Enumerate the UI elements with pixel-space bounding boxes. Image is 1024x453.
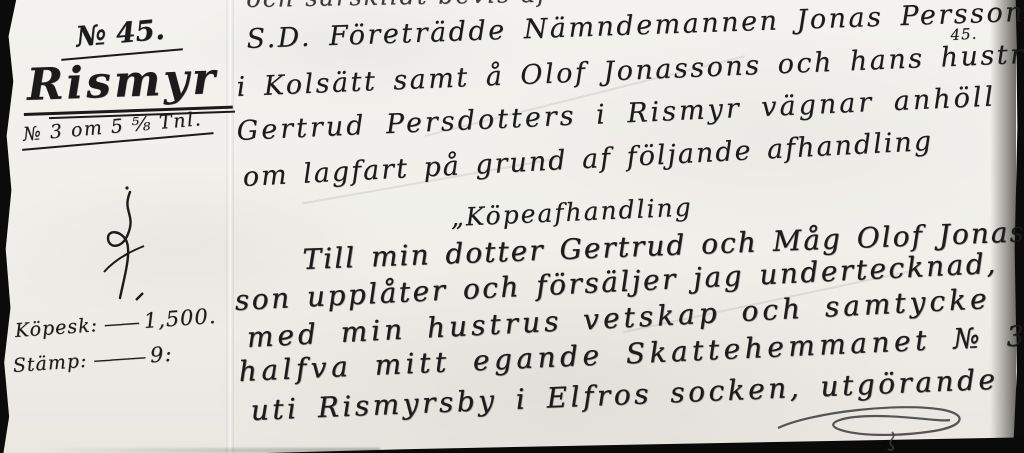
clerk-paraph-mark xyxy=(96,186,154,318)
fee-dash: —— xyxy=(97,311,144,336)
fee-label: Köpesk: xyxy=(14,314,99,342)
margin-place-name: Rismyr xyxy=(22,53,233,116)
fee-value: 1,500. xyxy=(143,304,217,333)
body-line-cropped-top: och särskildt bevis af xyxy=(246,0,548,13)
fee-value: 9: xyxy=(149,342,173,368)
section-heading: „Köpeafhandling xyxy=(450,192,693,232)
margin-fee-stamp: Stämp:———9: xyxy=(12,342,173,377)
fee-label: Stämp: xyxy=(12,350,88,377)
torn-edge-left xyxy=(0,0,19,453)
margin-case-number: № 45. xyxy=(58,11,183,60)
pencil-flourish xyxy=(772,394,982,453)
scanned-document-page: № 45. Rismyr № 3 om 5 ⅝ Tnl. Köpesk:——1,… xyxy=(0,0,1024,453)
fee-dash: ——— xyxy=(87,345,151,371)
